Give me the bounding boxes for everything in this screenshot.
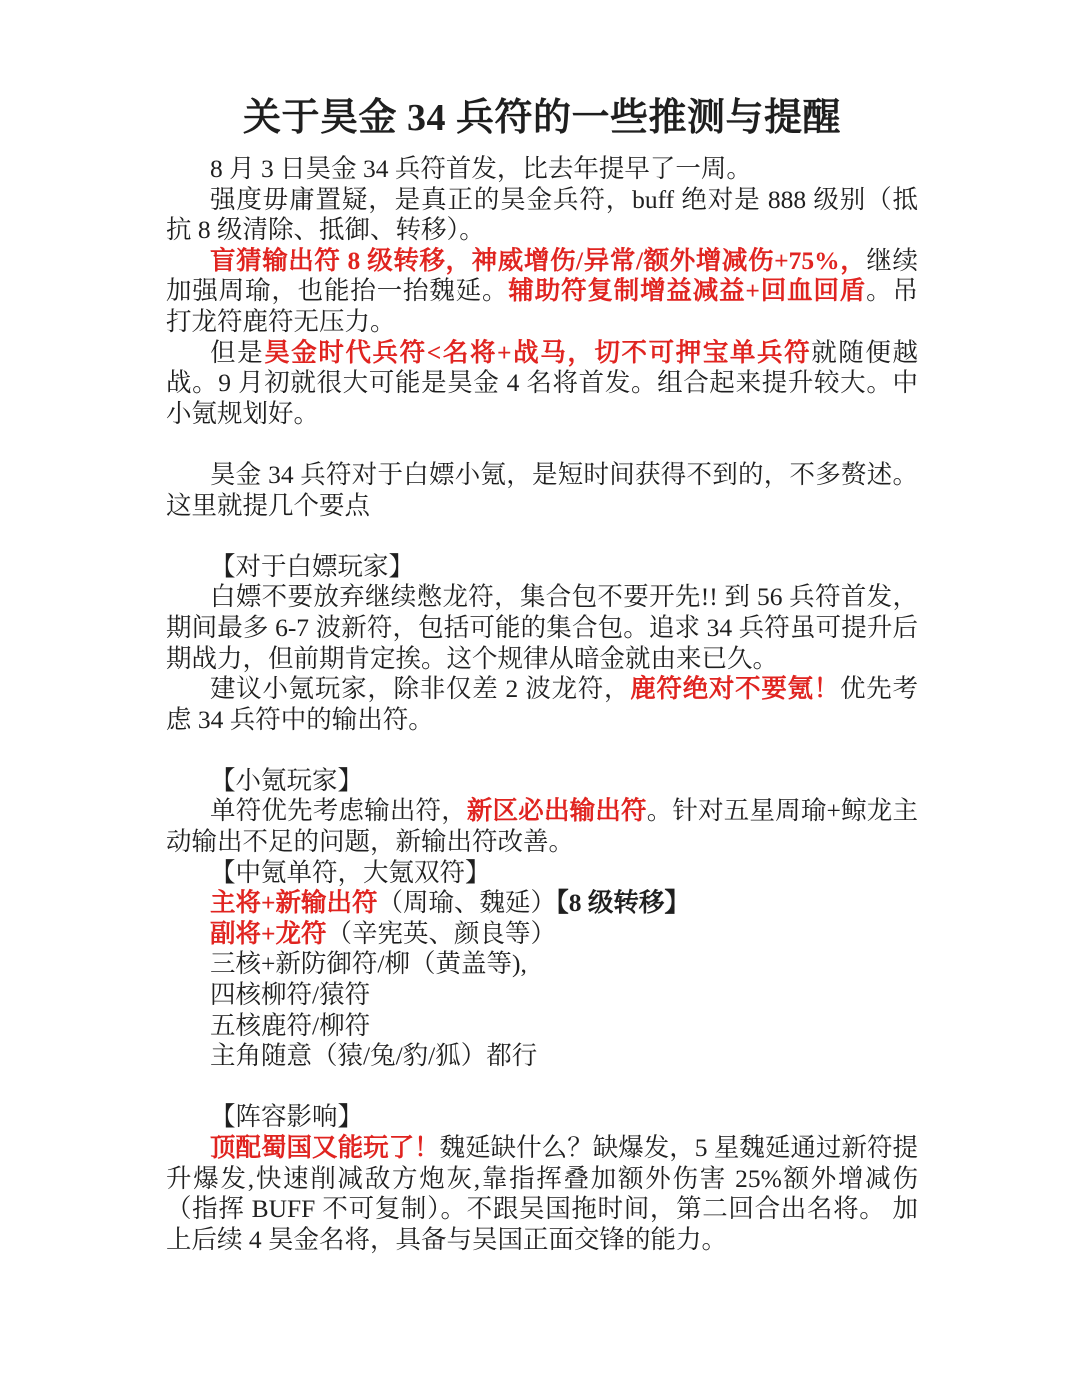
red-emphasis-text: 副将+龙符: [210, 919, 327, 948]
text-run: （辛宪英、颜良等）: [327, 919, 557, 948]
paragraph: 盲猜输出符 8 级转移，神威增伤/异常/额外增减伤+75%，继续加强周瑜，也能抬…: [166, 246, 918, 338]
red-emphasis-text: 辅助符复制增益减益+回血回盾: [508, 276, 866, 305]
paragraph: 副将+龙符（辛宪英、颜良等）: [166, 919, 918, 950]
paragraph: 三核+新防御符/柳（黄盖等),: [166, 949, 918, 980]
document-page: 关于昊金 34 兵符的一些推测与提醒 8 月 3 日昊金 34 兵符首发，比去年…: [0, 0, 1080, 1374]
document-content: 关于昊金 34 兵符的一些推测与提醒 8 月 3 日昊金 34 兵符首发，比去年…: [0, 0, 1080, 1255]
paragraph: 但是昊金时代兵符<名将+战马，切不可押宝单兵符就随便越战。9 月初就很大可能是昊…: [166, 338, 918, 430]
blank-line: [166, 521, 918, 552]
document-body: 8 月 3 日昊金 34 兵符首发，比去年提早了一周。强度毋庸置疑，是真正的昊金…: [166, 154, 918, 1255]
text-run: 五核鹿符/柳符: [210, 1011, 370, 1040]
red-emphasis-text: 新区必出输出符: [467, 796, 647, 825]
text-run: 【小氪玩家】: [210, 766, 363, 795]
paragraph: 【中氪单符，大氪双符】: [166, 858, 918, 889]
paragraph: 建议小氪玩家，除非仅差 2 波龙符，鹿符绝对不要氪！优先考虑 34 兵符中的输出…: [166, 674, 918, 735]
bold-text: 【8 级转移】: [556, 888, 690, 917]
red-emphasis-text: 鹿符绝对不要氪！: [630, 674, 840, 703]
text-run: 【中氪单符，大氪双符】: [210, 858, 491, 887]
blank-line: [166, 1072, 918, 1103]
text-run: 四核柳符/猿符: [210, 980, 370, 1009]
text-run: 昊金 34 兵符对于白嫖小氪，是短时间获得不到的，不多赘述。这里就提几个要点: [166, 460, 918, 520]
paragraph: 【对于白嫖玩家】: [166, 552, 918, 583]
paragraph: 主将+新输出符（周瑜、魏延）【8 级转移】: [166, 888, 918, 919]
paragraph: 白嫖不要放弃继续憋龙符，集合包不要开先!! 到 56 兵符首发，期间最多 6-7…: [166, 582, 918, 674]
paragraph: 【阵容影响】: [166, 1102, 918, 1133]
text-run: 三核+新防御符/柳（黄盖等),: [210, 949, 527, 978]
red-emphasis-text: 主将+新输出符: [210, 888, 378, 917]
text-run: 建议小氪玩家，除非仅差 2 波龙符，: [210, 674, 630, 703]
paragraph: 五核鹿符/柳符: [166, 1011, 918, 1042]
text-run: 【对于白嫖玩家】: [210, 552, 414, 581]
paragraph: 8 月 3 日昊金 34 兵符首发，比去年提早了一周。: [166, 154, 918, 185]
text-run: （周瑜、魏延）: [378, 888, 557, 917]
paragraph: 单符优先考虑输出符，新区必出输出符。针对五星周瑜+鲸龙主动输出不足的问题，新输出…: [166, 796, 918, 857]
paragraph: 【小氪玩家】: [166, 766, 918, 797]
red-emphasis-text: 顶配蜀国又能玩了！: [210, 1133, 440, 1162]
red-emphasis-text: 昊金时代兵符<名将+战马，切不可押宝单兵符: [264, 338, 811, 367]
blank-line: [166, 735, 918, 766]
text-run: 单符优先考虑输出符，: [210, 796, 467, 825]
text-run: 【阵容影响】: [210, 1102, 363, 1131]
blank-line: [166, 429, 918, 460]
paragraph: 顶配蜀国又能玩了！魏延缺什么？缺爆发，5 星魏延通过新符提升爆发,快速削减敌方炮…: [166, 1133, 918, 1255]
text-run: 主角随意（猿/兔/豹/狐）都行: [210, 1041, 537, 1070]
text-run: 8 月 3 日昊金 34 兵符首发，比去年提早了一周。: [210, 154, 752, 183]
paragraph: 强度毋庸置疑，是真正的昊金兵符，buff 绝对是 888 级别（抵抗 8 级清除…: [166, 185, 918, 246]
text-run: 但是: [210, 338, 264, 367]
text-run: 白嫖不要放弃继续憋龙符，集合包不要开先!! 到 56 兵符首发，期间最多 6-7…: [166, 582, 918, 672]
paragraph: 昊金 34 兵符对于白嫖小氪，是短时间获得不到的，不多赘述。这里就提几个要点: [166, 460, 918, 521]
paragraph: 四核柳符/猿符: [166, 980, 918, 1011]
page-title: 关于昊金 34 兵符的一些推测与提醒: [166, 92, 918, 144]
red-emphasis-text: 盲猜输出符 8 级转移，神威增伤/异常/额外增减伤+75%，: [210, 246, 866, 275]
paragraph: 主角随意（猿/兔/豹/狐）都行: [166, 1041, 918, 1072]
text-run: 强度毋庸置疑，是真正的昊金兵符，buff 绝对是 888 级别（抵抗 8 级清除…: [166, 185, 918, 245]
